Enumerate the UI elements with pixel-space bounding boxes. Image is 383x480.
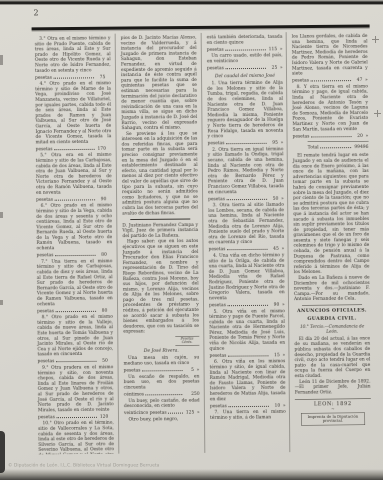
price-line: pesetas47» [292, 76, 368, 83]
price-tail: pesetas [37, 309, 54, 314]
price-line: céntimos250 [124, 390, 200, 397]
guardia-dateline: León 11 de Diciembre de 1892.—El primer … [295, 379, 371, 396]
price-line: pesetas90» [208, 301, 284, 308]
price-tail: pesetas [209, 303, 226, 308]
price-tail: pesetas [38, 415, 55, 420]
price-tail: pesetas [123, 368, 140, 373]
price-tail: pesetas [293, 134, 310, 139]
price-cents: 50 [194, 391, 200, 396]
paragraph: pios de D. Jacinto Macías Alonso, vecino… [120, 35, 197, 131]
listing-text: 6. Otra viña en los mismos término y sit… [209, 359, 285, 402]
scan-edge-top [0, 0, 383, 5]
price-cents: » [279, 302, 285, 307]
price-pesetas: 10 [270, 403, 280, 408]
price-tail: pesetas [206, 66, 223, 71]
dot-leader [225, 45, 265, 50]
price-tail: pesetas [206, 47, 223, 52]
edict-intro: D. Justiniano Fernandez Campa y Vigil, J… [122, 222, 198, 239]
section-title: De José Rivera. [123, 348, 199, 354]
price-line: pesetas120 [38, 413, 114, 420]
listing-text: 8. Y otra tierra en el mismo término y p… [292, 84, 368, 132]
guardia-body: El día 20 del actual, á las once de su m… [295, 336, 371, 379]
guardia-civil-header: GUARDIA CIVIL. [294, 316, 370, 322]
imprint-block: LEON: 1892 ~ Imprenta de la Diputación p… [295, 399, 371, 426]
price-cents: » [278, 246, 284, 251]
dot-leader [55, 251, 95, 256]
price-pesetas: 90 [96, 197, 106, 202]
price-cents: » [280, 403, 286, 408]
column-footer-text: Otro buey, pelo negro, [124, 416, 200, 422]
dot-leader [54, 195, 94, 200]
listing-text: 10.° Otro prado en el término, sitio de … [38, 420, 114, 454]
price-pesetas: 25 [267, 65, 277, 70]
price-cents: » [279, 353, 285, 358]
edict-body: Hago saber: que en los autos ejecutivos … [122, 239, 199, 335]
scan-edge-bottom [0, 469, 383, 480]
column-3-content: está también deteriorada, tasada en cien… [201, 32, 289, 420]
price-line: pesetas15» [209, 351, 285, 358]
price-line: pesetas45» [208, 245, 284, 252]
price-line: pesetas115» [206, 45, 282, 52]
dot-leader [226, 195, 266, 200]
dot-leader [227, 351, 267, 356]
listing-text: 6.° Otro prado en el mismo término y sit… [36, 203, 112, 251]
price-tail: pesetas [209, 353, 226, 358]
listing-text: está también deteriorada, tasada en cien… [206, 34, 282, 45]
price-line: pesetas10» [209, 402, 285, 409]
listing-text: 4. Una viña en dicho término y sitio de … [208, 253, 284, 301]
article-divider-rule [130, 219, 190, 220]
listing-text: 3.° Otra en el mismo término y sitio de … [35, 36, 111, 74]
imprint-printer-line: Imprenta de la Diputación provincial. [301, 412, 365, 425]
registration-cross-mark-1 [372, 36, 379, 43]
page-number: 2 [33, 8, 38, 17]
price-line: pesetas5» [123, 366, 199, 373]
price-line: pesetas95» [207, 139, 283, 146]
price-pesetas: 80 [97, 252, 107, 257]
price-pesetas: 15 [269, 353, 279, 358]
imprint-divider: ~ [295, 407, 371, 411]
masthead-rule [32, 24, 370, 30]
dot-leader [145, 390, 182, 395]
price-tail: veinticinco pesetas [124, 410, 167, 416]
dot-leader [56, 413, 96, 418]
column-4: los Llanos gordales, de cabida de una he… [286, 31, 375, 452]
price-line: pesetas170 [36, 145, 112, 152]
total-line: Total99496 [308, 141, 369, 150]
dot-leader [53, 73, 93, 78]
listing-text: 8.° Otro prado en el mismo término y sit… [37, 314, 113, 357]
scan-mark-left-3 [0, 300, 3, 305]
price-pesetas: 50 [98, 358, 108, 363]
dot-leader [228, 402, 268, 407]
price-pesetas: 50 [268, 196, 278, 201]
price-pesetas: 75 [95, 75, 105, 80]
dot-leader [227, 301, 267, 306]
listing-text: 5. Otra viña en el mismo término y pago … [209, 308, 285, 351]
listing-text: Una mesa sin cajón, su mediano uso, tasa… [123, 355, 199, 366]
column-footer-text: 7. Una tierra en el mismo término y siti… [209, 409, 285, 420]
scanned-page-content: 2 3.° Otra en el mismo término y sitio d… [0, 0, 383, 472]
listing-text: 4.° Otro prado en el mismo término y sit… [35, 81, 111, 145]
listing-text: 1. Una tierra término de Alija de los Me… [207, 80, 283, 139]
listing-text: 5.° Otra era en el mismo término y sitio… [36, 152, 112, 195]
price-tail: pesetas [37, 359, 54, 364]
listing-text: 2. Otra tierra en igual término y sitio … [207, 147, 283, 195]
price-pesetas: 80 [97, 308, 107, 313]
price-pesetas: 20 [353, 133, 363, 138]
dot-leader [55, 307, 95, 312]
price-header-cents: Cénts. [175, 341, 199, 345]
price-tail: pesetas [208, 197, 225, 202]
price-pesetas: 5 [184, 368, 194, 373]
price-line: pesetas50 [37, 357, 113, 364]
price-line: pesetas50» [208, 195, 284, 202]
price-pesetas: 2 [184, 391, 194, 396]
price-line: pesetas80 [37, 251, 113, 258]
listing-text: 3. Otra tierra al sitio llamado los Lomb… [208, 202, 284, 245]
total-cents: 96 [363, 144, 369, 149]
scan-blemish-left [0, 431, 5, 473]
dot-leader [54, 145, 94, 150]
listing-text: Un escaño de respaldo, en buen uso, en d… [123, 374, 199, 391]
price-line: pesetas80 [37, 307, 113, 314]
price-column-header: Pesetas Cénts. [175, 336, 199, 346]
price-pesetas: 170 [96, 146, 106, 151]
price-pesetas: 115 [267, 47, 277, 52]
price-cents: » [194, 368, 200, 373]
price-line: pesetas20» [293, 132, 369, 139]
dado-paragraph: Dado en La Bañeza á nueve de Diciembre d… [294, 275, 370, 302]
price-tail: pesetas [292, 78, 309, 83]
price-line: pesetas25» [206, 64, 282, 71]
price-tail: pesetas [207, 141, 224, 146]
column-3: está también deteriorada, tasada en cien… [200, 32, 289, 453]
price-line: veinticinco pesetas125» [124, 409, 200, 416]
price-pesetas: 47 [353, 78, 363, 83]
dot-leader [311, 132, 351, 137]
anuncios-oficiales-header: ANUNCIOS OFICIALES. [294, 308, 370, 314]
price-pesetas: 120 [98, 414, 108, 419]
listing-text: Un buey, pelo castaño, de edad desconoci… [124, 398, 200, 409]
section-title: Del caudal del mismo José [207, 73, 283, 79]
price-cents: » [363, 133, 369, 138]
column-1-content: 3.° Otra en el mismo término y sitio de … [30, 34, 118, 455]
watermark-text: © Diputación de León. I.L.C. Biblioteca … [8, 463, 159, 468]
section-divider-rule [302, 305, 362, 306]
dot-leader [226, 245, 266, 250]
column-1: 3.° Otra en el mismo término y sitio de … [30, 34, 118, 455]
price-tail: pesetas [36, 197, 53, 202]
price-pesetas: 95 [267, 140, 277, 145]
price-cents: » [277, 65, 283, 70]
price-tail: céntimos [124, 392, 144, 397]
price-cents: » [277, 140, 283, 145]
paragraph: Se previene á los que se interesen en la… [121, 131, 197, 216]
price-line: pesetas75 [35, 73, 111, 80]
dot-leader [225, 64, 265, 69]
listing-text: Un carro usado, estilo del país, en vein… [206, 53, 282, 64]
listing-text: 9.° Otra pradera en el mismo término y s… [38, 365, 114, 413]
scan-mark-left-2 [0, 212, 3, 218]
price-cents: » [277, 47, 283, 52]
column-2-content: pios de D. Jacinto Macías Alonso, vecino… [115, 33, 203, 422]
column-2: pios de D. Jacinto Macías Alonso, vecino… [114, 33, 203, 454]
listing-text: los Llanos gordales, de cabida de una he… [292, 33, 368, 76]
price-cents: » [363, 78, 369, 83]
price-tail: pesetas [36, 147, 53, 152]
price-tail: pesetas [35, 75, 52, 80]
dot-leader [320, 143, 351, 148]
dot-leader [168, 409, 183, 414]
dot-leader [226, 139, 266, 144]
price-cents: » [278, 196, 284, 201]
price-tail: pesetas [37, 253, 54, 258]
column-4-content: los Llanos gordales, de cabida de una he… [287, 31, 375, 425]
price-tail: pesetas [208, 247, 225, 252]
dot-leader [311, 76, 351, 81]
price-tail: pesetas [209, 404, 226, 409]
dot-leader [56, 357, 96, 362]
price-pesetas: 90 [269, 302, 279, 307]
dot-leader [142, 366, 182, 371]
price-pesetas: 45 [268, 246, 278, 251]
price-line: pesetas90 [36, 195, 112, 202]
text-columns: 3.° Otra en el mismo término y sitio de … [30, 31, 376, 454]
total-pesetas: 994 [353, 144, 363, 149]
guardia-subheader: 10.° Tercio.—Comandancia de León. [294, 323, 370, 334]
price-pesetas: 125 [184, 410, 194, 415]
listing-text: 7.° Una tierra en el mismo término y sit… [37, 259, 113, 307]
registration-cross-mark-2 [374, 110, 381, 117]
scan-mark-left-1 [0, 55, 3, 65]
total-label: Total [308, 145, 319, 150]
remate-paragraph: El remate tendrá lugar en este Juzgado y… [293, 153, 370, 275]
price-cents: » [194, 410, 200, 415]
scanned-gazette-page: { "page": { "number": "2", "watermark": … [0, 0, 383, 480]
